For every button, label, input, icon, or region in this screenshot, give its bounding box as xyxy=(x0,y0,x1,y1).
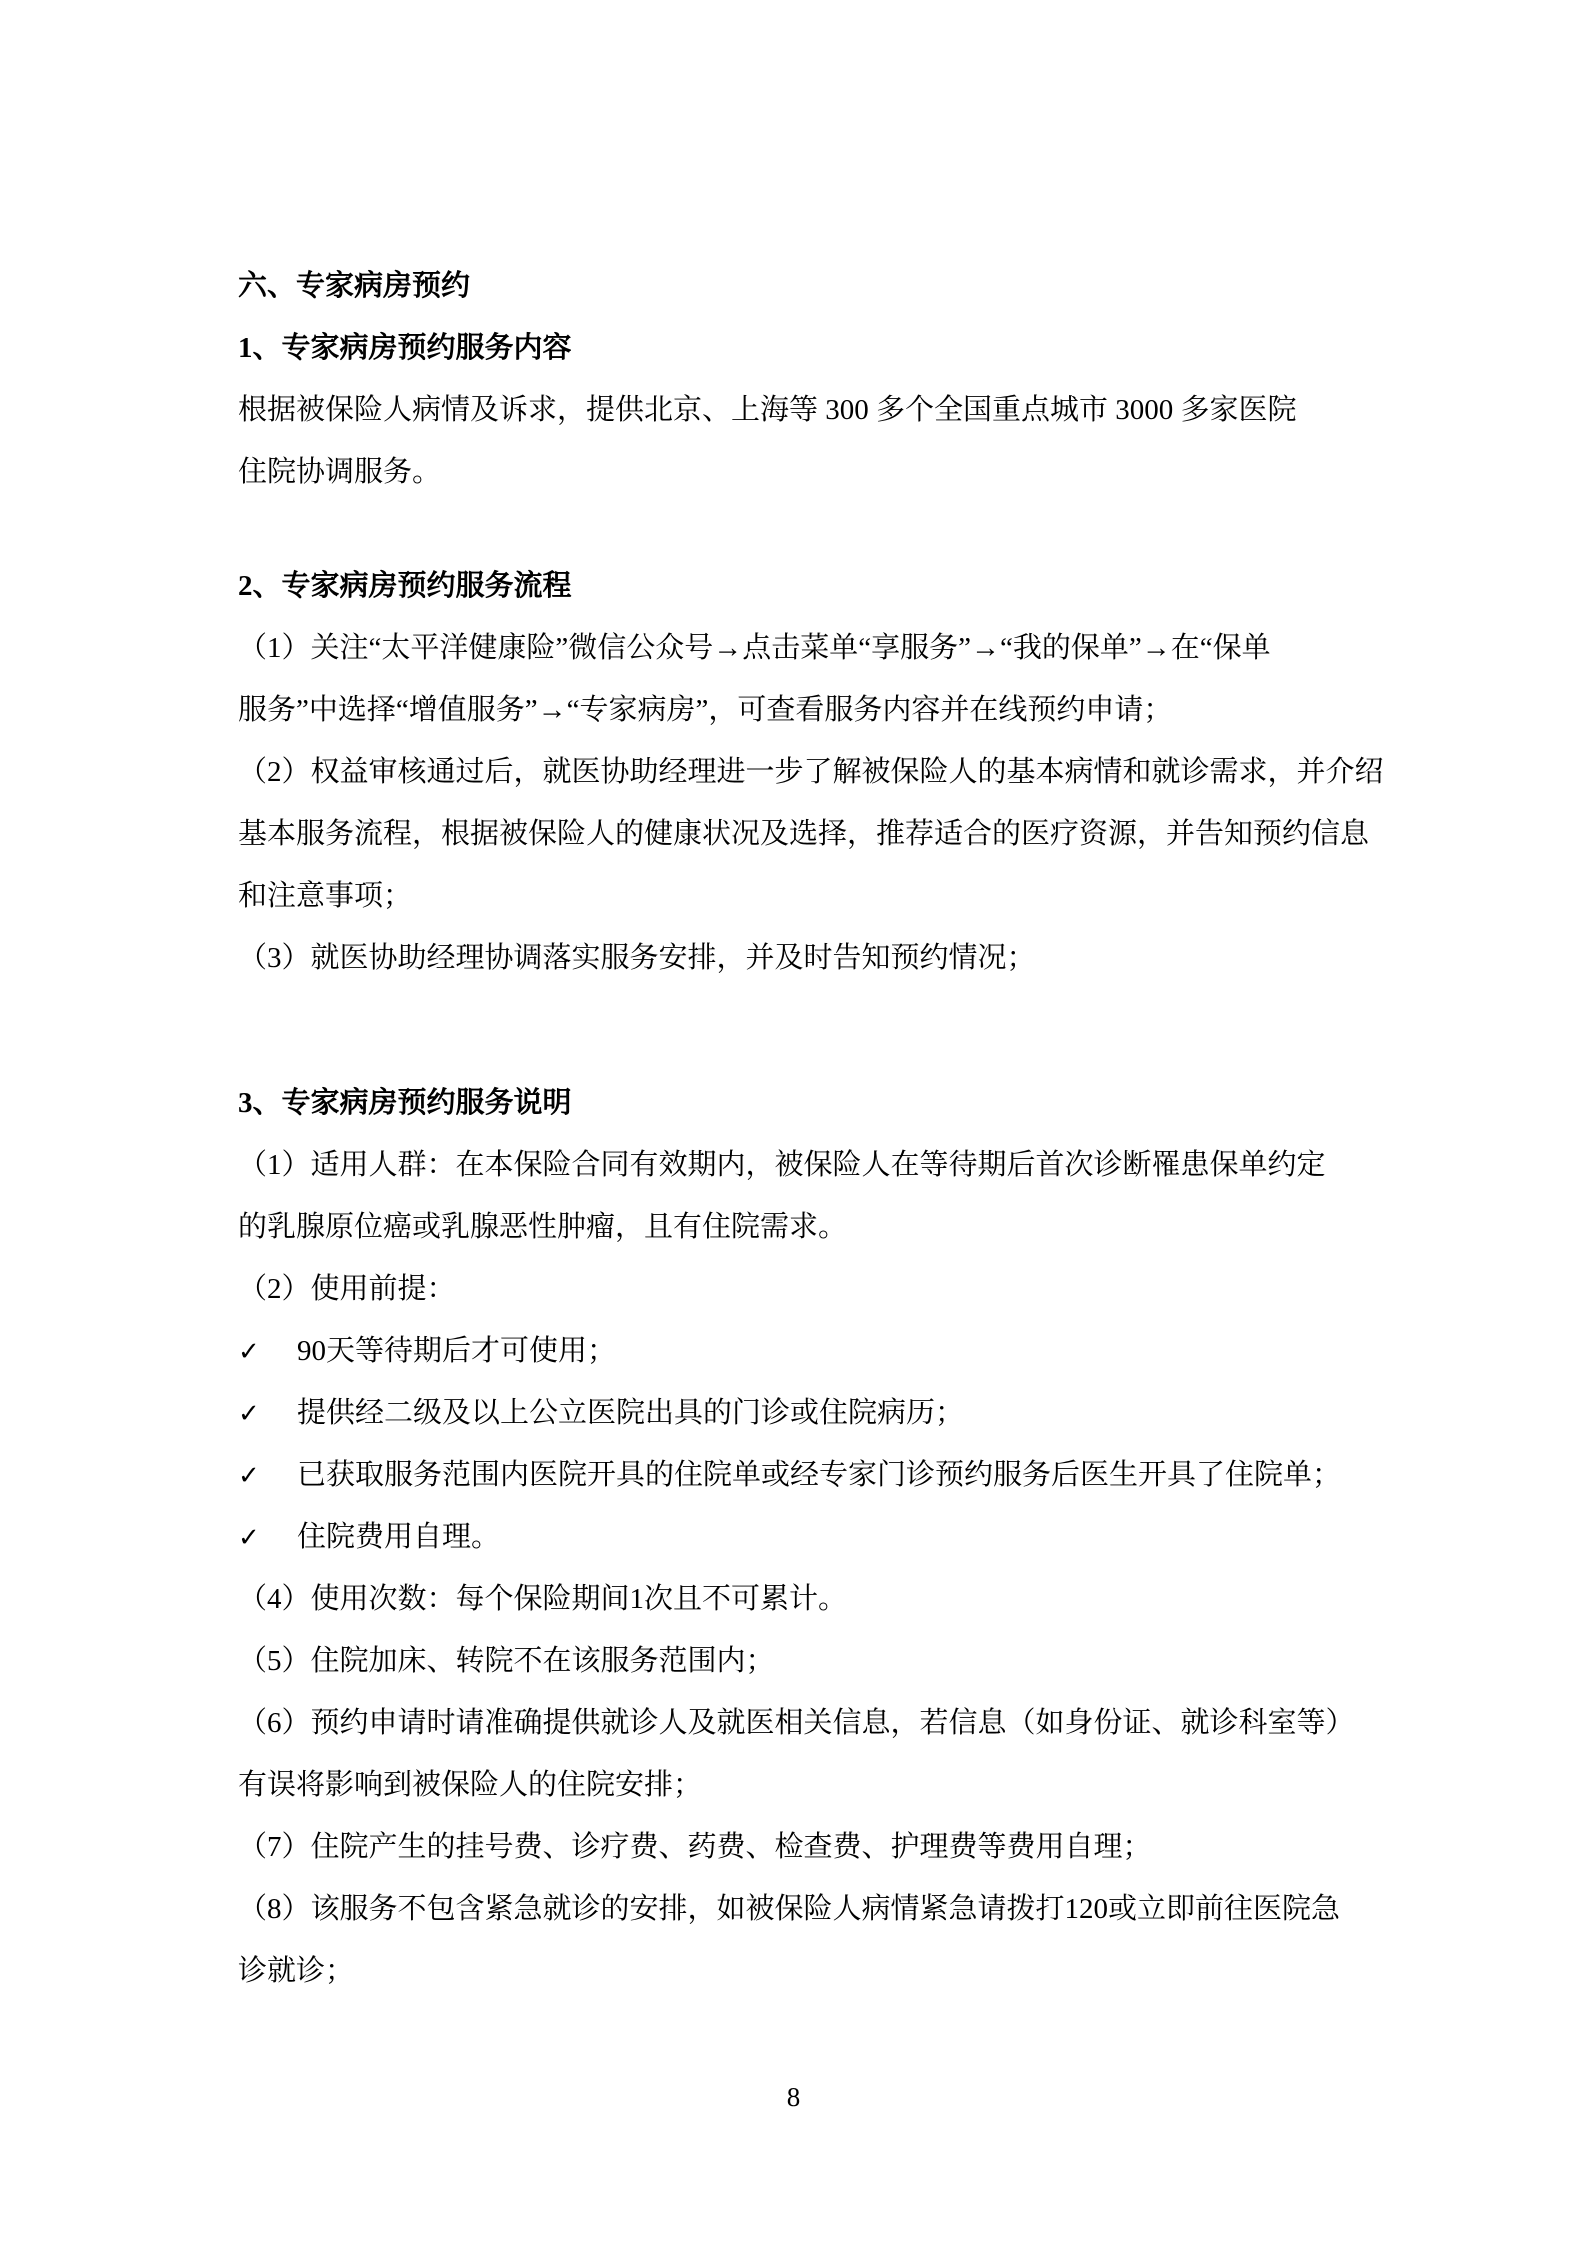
check-item: ✓90天等待期后才可使用； xyxy=(238,1320,1370,1382)
sub1-heading: 1、专家病房预约服务内容 xyxy=(238,317,1370,379)
text-line: 的乳腺原位癌或乳腺恶性肿瘤，且有住院需求。 xyxy=(238,1196,1370,1258)
text-line: 根据被保险人病情及诉求，提供北京、上海等 300 多个全国重点城市 3000 多… xyxy=(238,379,1370,441)
check-item: ✓住院费用自理。 xyxy=(238,1506,1370,1568)
check-item-text: 提供经二级及以上公立医院出具的门诊或住院病历； xyxy=(297,1397,964,1429)
text-line: （1）关注“太平洋健康险”微信公众号→点击菜单“享服务”→“我的保单”→在“保单 xyxy=(238,617,1370,679)
section-gap xyxy=(238,503,1370,555)
text-line: 服务”中选择“增值服务”→“专家病房”，可查看服务内容并在线预约申请； xyxy=(238,679,1370,741)
checkmark-icon: ✓ xyxy=(238,1321,297,1383)
checkmark-icon: ✓ xyxy=(238,1507,297,1569)
text-line: （4）使用次数：每个保险期间1次且不可累计。 xyxy=(238,1568,1370,1630)
section-gap xyxy=(238,989,1370,1072)
document-content: 六、专家病房预约 1、专家病房预约服务内容 根据被保险人病情及诉求，提供北京、上… xyxy=(238,255,1370,2002)
check-item-text: 住院费用自理。 xyxy=(297,1521,500,1553)
sub2-heading: 2、专家病房预约服务流程 xyxy=(238,555,1370,617)
check-item: ✓提供经二级及以上公立医院出具的门诊或住院病历； xyxy=(238,1382,1370,1444)
text-line: （6）预约申请时请准确提供就诊人及就医相关信息，若信息（如身份证、就诊科室等） xyxy=(238,1692,1370,1754)
text-line: （1）适用人群：在本保险合同有效期内，被保险人在等待期后首次诊断罹患保单约定 xyxy=(238,1134,1370,1196)
text-line: （5）住院加床、转院不在该服务范围内； xyxy=(238,1630,1370,1692)
text-line: （8）该服务不包含紧急就诊的安排，如被保险人病情紧急请拨打120或立即前往医院急 xyxy=(238,1878,1370,1940)
text-line: （3）就医协助经理协调落实服务安排，并及时告知预约情况； xyxy=(238,927,1370,989)
check-item: ✓已获取服务范围内医院开具的住院单或经专家门诊预约服务后医生开具了住院单； xyxy=(238,1444,1370,1506)
checkmark-icon: ✓ xyxy=(238,1445,297,1507)
check-item-text: 90天等待期后才可使用； xyxy=(297,1335,616,1367)
text-line: 住院协调服务。 xyxy=(238,441,1370,503)
section-heading: 六、专家病房预约 xyxy=(238,255,1370,317)
check-item-text: 已获取服务范围内医院开具的住院单或经专家门诊预约服务后医生开具了住院单； xyxy=(297,1459,1341,1491)
checkmark-icon: ✓ xyxy=(238,1383,297,1445)
text-line: （7）住院产生的挂号费、诊疗费、药费、检查费、护理费等费用自理； xyxy=(238,1816,1370,1878)
text-line: 基本服务流程，根据被保险人的健康状况及选择，推荐适合的医疗资源，并告知预约信息 xyxy=(238,803,1370,865)
text-line: （2）使用前提： xyxy=(238,1258,1370,1320)
text-line: 有误将影响到被保险人的住院安排； xyxy=(238,1754,1370,1816)
sub3-heading: 3、专家病房预约服务说明 xyxy=(238,1072,1370,1134)
text-line: 和注意事项； xyxy=(238,865,1370,927)
text-line: 诊就诊； xyxy=(238,1940,1370,2002)
text-line: （2）权益审核通过后，就医协助经理进一步了解被保险人的基本病情和就诊需求，并介绍 xyxy=(238,741,1370,803)
page-number: 8 xyxy=(0,2066,1587,2128)
document-page: 六、专家病房预约 1、专家病房预约服务内容 根据被保险人病情及诉求，提供北京、上… xyxy=(0,0,1587,2245)
